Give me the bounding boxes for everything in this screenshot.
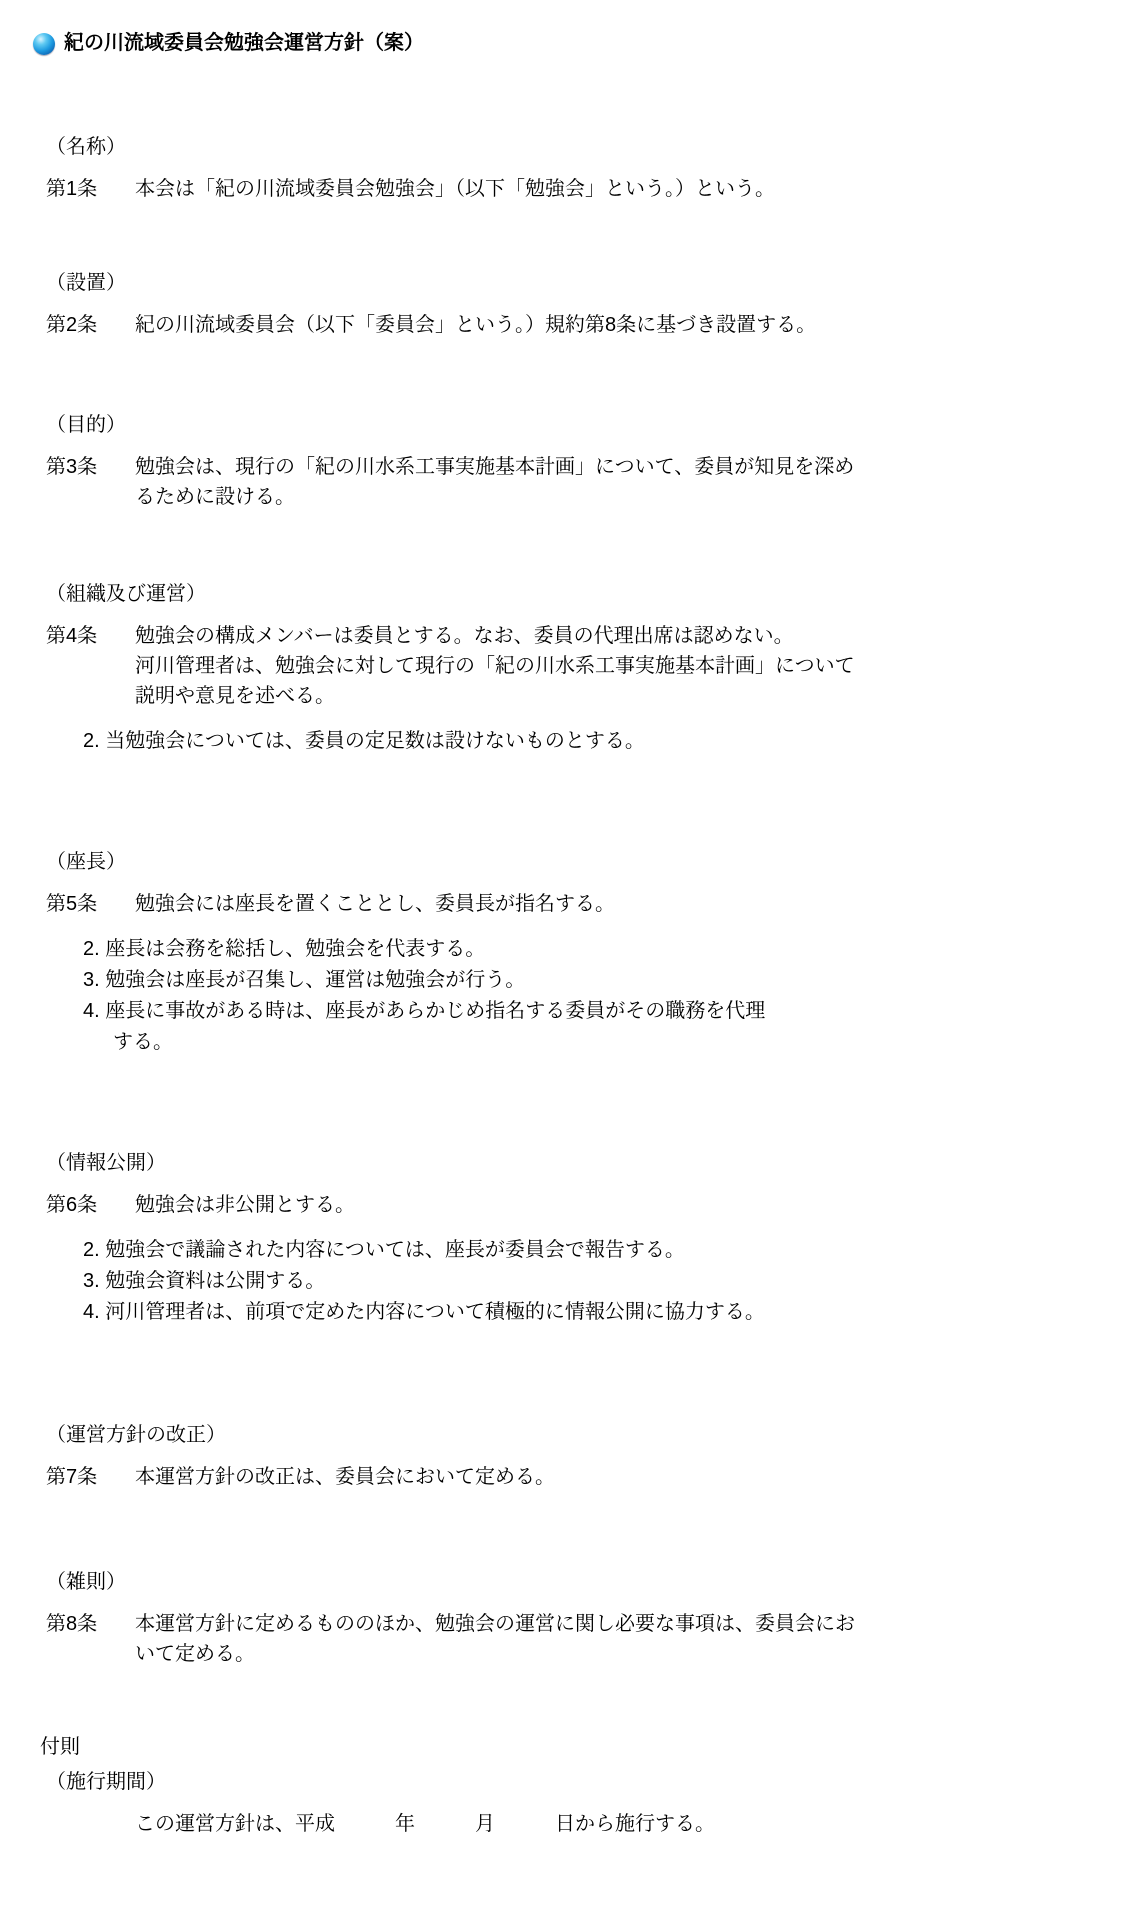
article-subitem: 2. 座長は会務を総括し、勉強会を代表する。	[83, 934, 1101, 965]
supplement-heading: （施行期間）	[46, 1767, 1101, 1797]
blue-sphere-bullet-icon	[33, 33, 55, 55]
article-number: 第3条	[46, 452, 135, 512]
article-row: 第4条 勉強会の構成メンバーは委員とする。なお、委員の代理出席は認めない。 河川…	[46, 621, 1101, 711]
article-row: 第6条 勉強会は非公開とする。	[46, 1190, 1101, 1220]
section-purpose: （目的） 第3条 勉強会は、現行の「紀の川水系工事実施基本計画」について、委員が…	[46, 410, 1101, 512]
section-heading: （座長）	[46, 847, 1101, 877]
section-heading: （組織及び運営）	[46, 579, 1101, 609]
article-text: 勉強会は非公開とする。	[135, 1190, 1101, 1220]
article-text: 本運営方針の改正は、委員会において定める。	[135, 1462, 1101, 1492]
section-establishment: （設置） 第2条 紀の川流域委員会（以下「委員会」という。）規約第8条に基づき設…	[46, 268, 1101, 340]
article-row: 第8条 本運営方針に定めるもののほか、勉強会の運営に関し必要な事項は、委員会にお…	[46, 1609, 1101, 1669]
section-miscellaneous: （雑則） 第8条 本運営方針に定めるもののほか、勉強会の運営に関し必要な事項は、…	[46, 1567, 1101, 1669]
article-subitems: 2. 勉強会で議論された内容については、座長が委員会で報告する。 3. 勉強会資…	[46, 1235, 1101, 1328]
supplement-text: この運営方針は、平成 年 月 日から施行する。	[135, 1809, 1101, 1839]
article-subitem: 2. 勉強会で議論された内容については、座長が委員会で報告する。	[83, 1235, 1101, 1266]
section-heading: （情報公開）	[46, 1148, 1101, 1178]
page-title: 紀の川流域委員会勉強会運営方針（案）	[64, 30, 424, 57]
article-row: 第2条 紀の川流域委員会（以下「委員会」という。）規約第8条に基づき設置する。	[46, 310, 1101, 340]
section-policy-amendment: （運営方針の改正） 第7条 本運営方針の改正は、委員会において定める。	[46, 1420, 1101, 1492]
article-number: 第4条	[46, 621, 135, 711]
section-chairperson: （座長） 第5条 勉強会には座長を置くこととし、委員長が指名する。 2. 座長は…	[46, 847, 1101, 1058]
section-information-disclosure: （情報公開） 第6条 勉強会は非公開とする。 2. 勉強会で議論された内容につい…	[46, 1148, 1101, 1328]
article-subitem: 4. 河川管理者は、前項で定めた内容について積極的に情報公開に協力する。	[83, 1297, 1101, 1328]
document-header: 紀の川流域委員会勉強会運営方針（案）	[33, 30, 1101, 57]
article-subitem: 4. 座長に事故がある時は、座長があらかじめ指名する委員がその職務を代理 する。	[83, 996, 1101, 1058]
article-subitems: 2. 座長は会務を総括し、勉強会を代表する。 3. 勉強会は座長が召集し、運営は…	[46, 934, 1101, 1058]
article-row: 第5条 勉強会には座長を置くこととし、委員長が指名する。	[46, 889, 1101, 919]
supplement-title: 付則	[40, 1732, 1101, 1762]
article-subitem: 3. 勉強会資料は公開する。	[83, 1266, 1101, 1297]
section-organization: （組織及び運営） 第4条 勉強会の構成メンバーは委員とする。なお、委員の代理出席…	[46, 579, 1101, 757]
article-subitem: 3. 勉強会は座長が召集し、運営は勉強会が行う。	[83, 965, 1101, 996]
section-heading: （設置）	[46, 268, 1101, 298]
article-text: 勉強会には座長を置くこととし、委員長が指名する。	[135, 889, 1101, 919]
article-text: 本会は「紀の川流域委員会勉強会」（以下「勉強会」という。）という。	[135, 174, 1101, 204]
article-text: 勉強会は、現行の「紀の川水系工事実施基本計画」について、委員が知見を深め るため…	[135, 452, 1101, 512]
article-subitems: 2. 当勉強会については、委員の定足数は設けないものとする。	[46, 726, 1101, 757]
article-number: 第1条	[46, 174, 135, 204]
supplementary-provisions: 付則 （施行期間） この運営方針は、平成 年 月 日から施行する。	[46, 1732, 1101, 1839]
article-text: 勉強会の構成メンバーは委員とする。なお、委員の代理出席は認めない。 河川管理者は…	[135, 621, 1101, 711]
article-row: 第3条 勉強会は、現行の「紀の川水系工事実施基本計画」について、委員が知見を深め…	[46, 452, 1101, 512]
document-page: 紀の川流域委員会勉強会運営方針（案） （名称） 第1条 本会は「紀の川流域委員会…	[0, 0, 1141, 1906]
article-row: 第7条 本運営方針の改正は、委員会において定める。	[46, 1462, 1101, 1492]
section-heading: （雑則）	[46, 1567, 1101, 1597]
article-number: 第6条	[46, 1190, 135, 1220]
article-text: 紀の川流域委員会（以下「委員会」という。）規約第8条に基づき設置する。	[135, 310, 1101, 340]
article-number: 第2条	[46, 310, 135, 340]
article-row: 第1条 本会は「紀の川流域委員会勉強会」（以下「勉強会」という。）という。	[46, 174, 1101, 204]
article-text: 本運営方針に定めるもののほか、勉強会の運営に関し必要な事項は、委員会にお いて定…	[135, 1609, 1101, 1669]
article-subitem: 2. 当勉強会については、委員の定足数は設けないものとする。	[83, 726, 1101, 757]
section-heading: （名称）	[46, 132, 1101, 162]
article-number: 第5条	[46, 889, 135, 919]
section-heading: （運営方針の改正）	[46, 1420, 1101, 1450]
article-number: 第8条	[46, 1609, 135, 1669]
article-number: 第7条	[46, 1462, 135, 1492]
section-heading: （目的）	[46, 410, 1101, 440]
section-name: （名称） 第1条 本会は「紀の川流域委員会勉強会」（以下「勉強会」という。）とい…	[46, 132, 1101, 204]
